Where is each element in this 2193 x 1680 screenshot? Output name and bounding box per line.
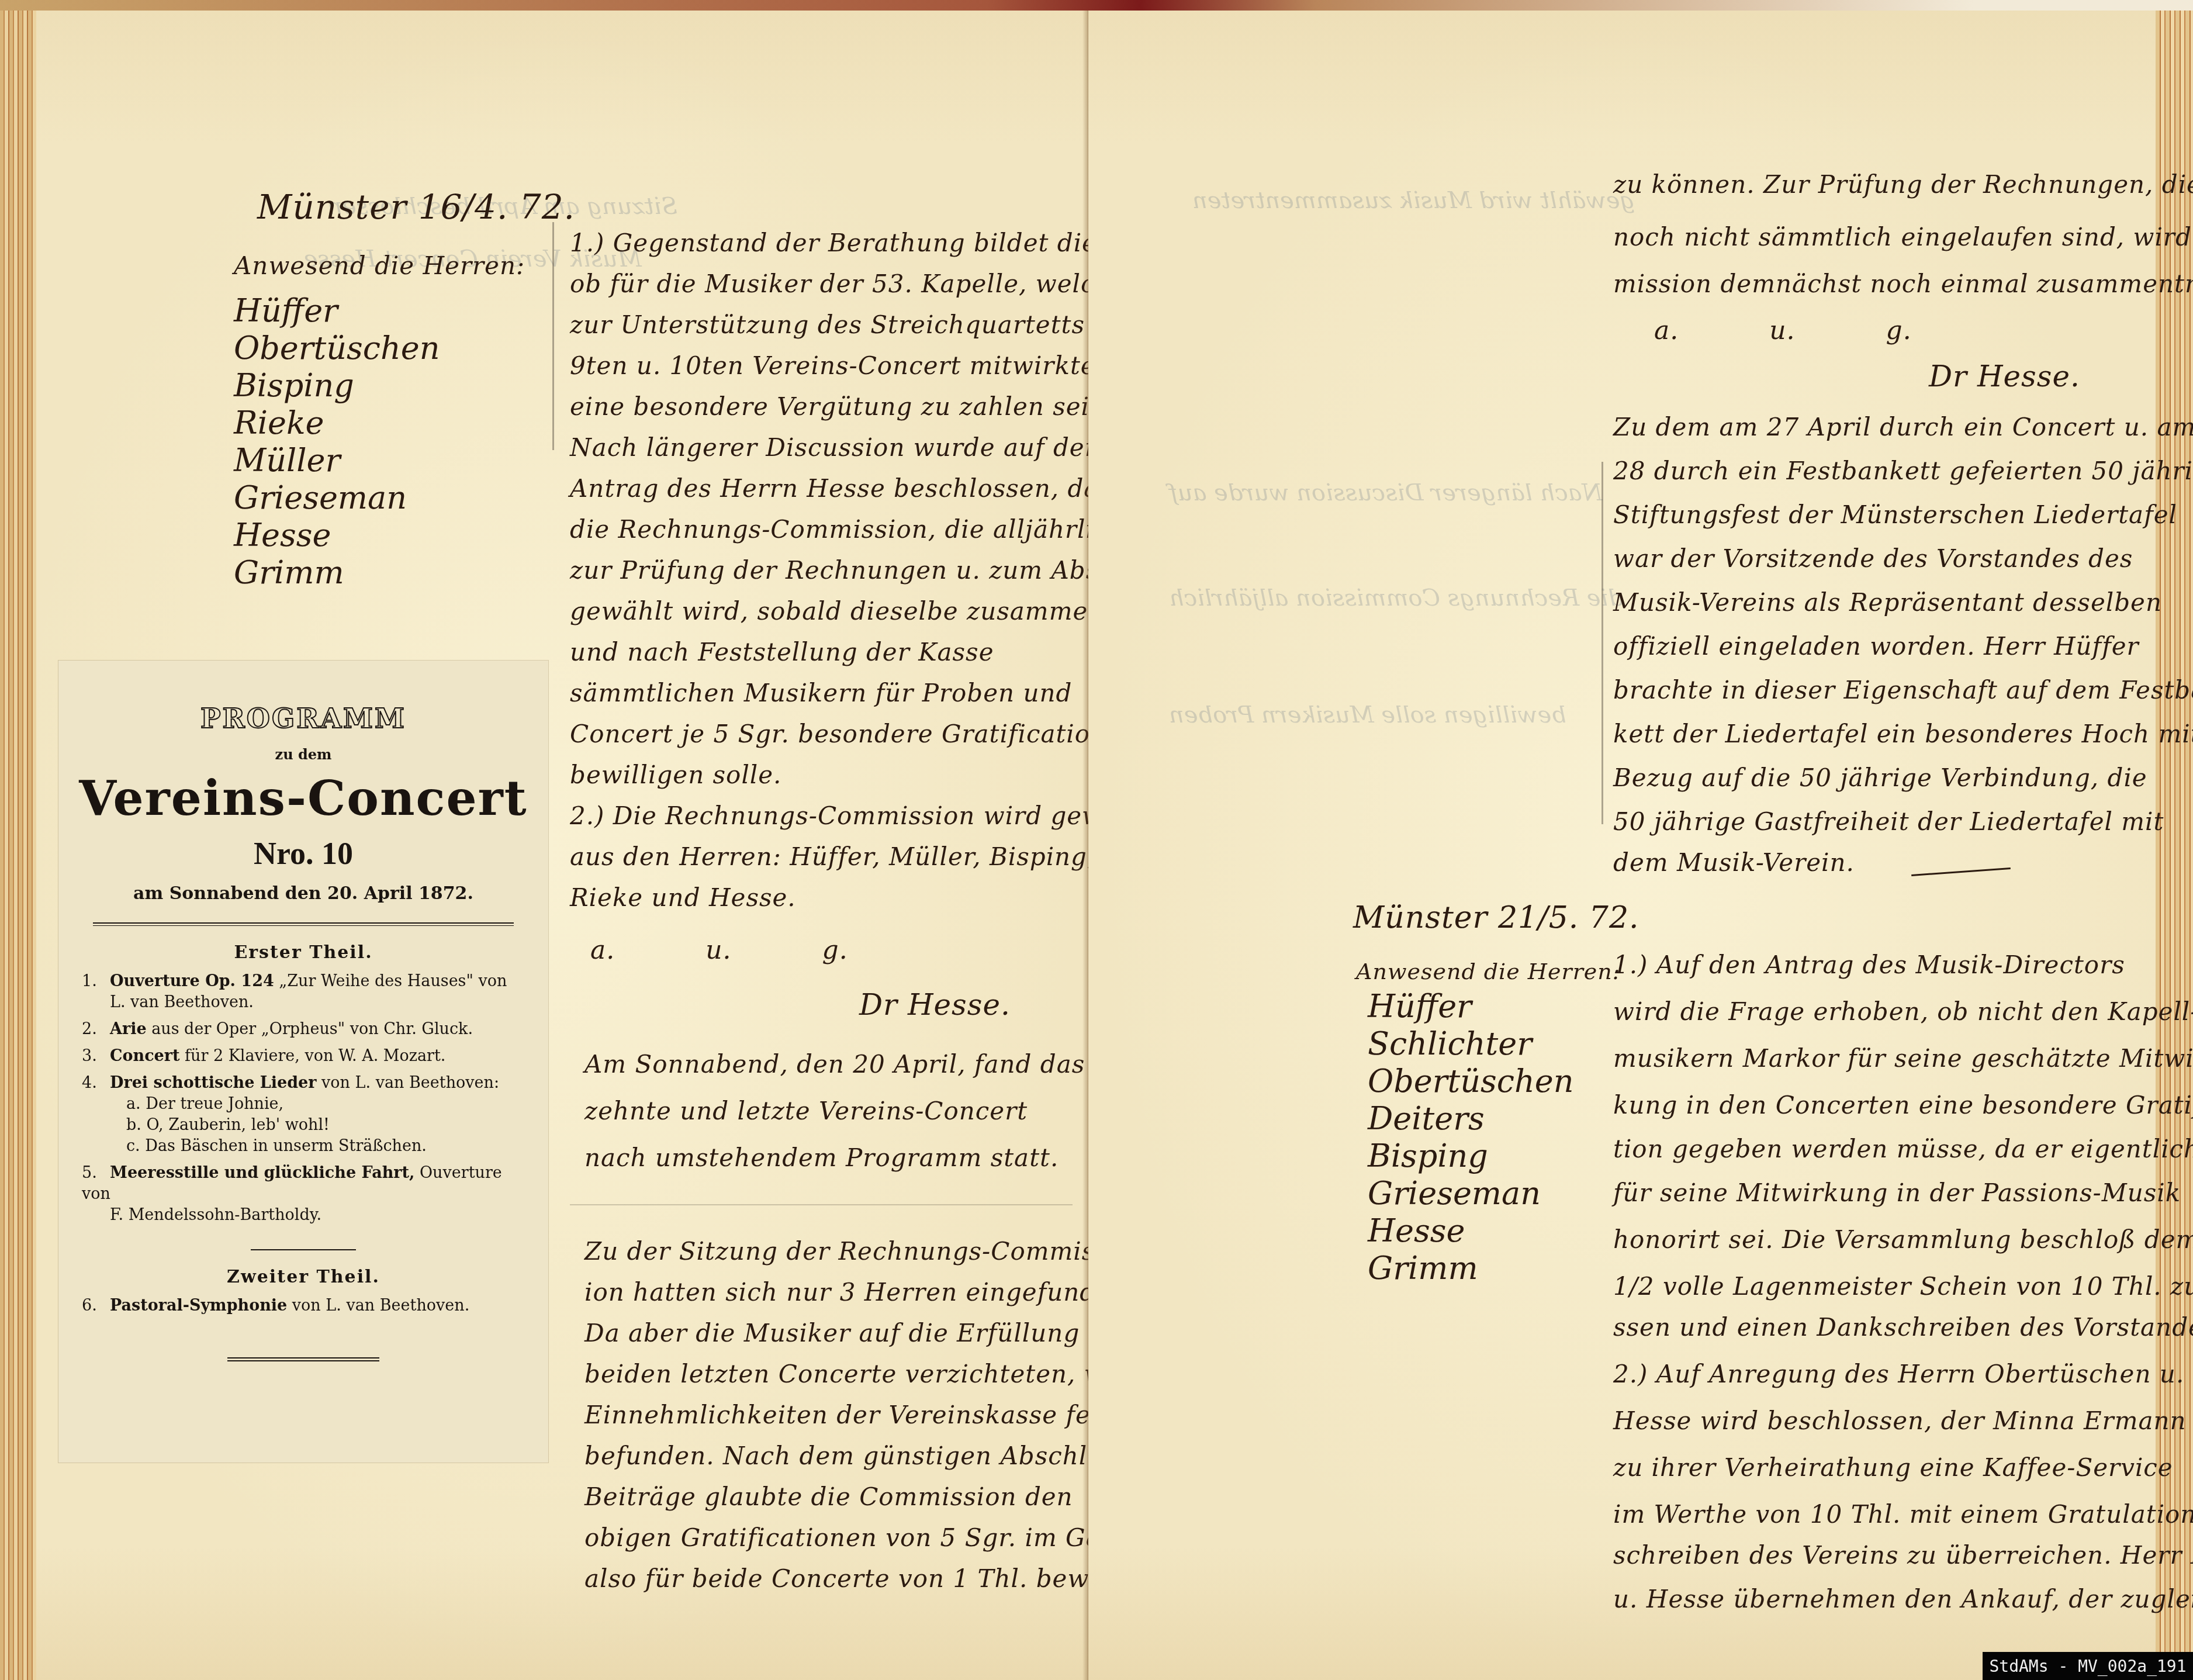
program-item: 5.Meeresstille und glückliche Fahrt, Ouv… <box>82 1163 525 1226</box>
minutes-line: 1/2 volle Lagenmeister Schein von 10 Thl… <box>1613 1274 2193 1299</box>
minutes-line: tion gegeben werden müsse, da er eigentl… <box>1613 1137 2193 1162</box>
item-number: 5. <box>82 1163 110 1184</box>
item-title: Concert <box>110 1047 179 1065</box>
program-double-rule <box>227 1357 379 1361</box>
note-line: ion hatten sich nur 3 Herren eingefunden… <box>584 1280 1136 1305</box>
bleed-through-text: Nach längerer Discussion wurde auf <box>1169 479 1603 506</box>
attendee: Obertüschen <box>234 330 440 367</box>
item-number: 2. <box>82 1019 110 1040</box>
item-detail: aus der Oper „Orpheus" von Chr. Gluck. <box>147 1020 473 1038</box>
minutes-line: aus den Herren: Hüffer, Müller, Bisping, <box>570 845 1095 869</box>
meeting-2-attendee-list: Hüffer Schlichter Obertüschen Deiters Bi… <box>1368 988 1574 1287</box>
attendee: Müller <box>234 442 440 479</box>
note-line: zehnte und letzte Vereins-Concert <box>584 1099 1028 1124</box>
minutes-line: Nach längerer Discussion wurde auf den <box>570 435 1101 460</box>
item-detail: von L. van Beethoven: <box>317 1074 500 1092</box>
item-number: 1. <box>82 971 110 992</box>
note-line: Am Sonnabend, den 20 April, fand das <box>584 1052 1085 1077</box>
note-line: zu können. Zur Prüfung der Rechnungen, d… <box>1613 172 2193 197</box>
minutes-line: Hesse wird beschlossen, der Minna Ermann <box>1613 1409 2187 1433</box>
attendee: Schlichter <box>1368 1025 1574 1063</box>
item-composer: L. van Beethoven. <box>82 992 525 1013</box>
note-line: Zu dem am 27 April durch ein Concert u. … <box>1613 415 2193 440</box>
minutes-line: Rieke und Hesse. <box>570 886 796 910</box>
note-line: Stiftungsfest der Münsterschen Liedertaf… <box>1613 503 2177 527</box>
item-title: Pastoral-Symphonie <box>110 1297 287 1315</box>
note-line: noch nicht sämmtlich eingelaufen sind, w… <box>1613 225 2193 250</box>
program-item: 6.Pastoral-Symphonie von L. van Beethove… <box>82 1295 525 1316</box>
attendee: Obertüschen <box>1368 1063 1574 1100</box>
item-detail: „Zur Weihe des Hauses" von <box>274 972 507 990</box>
pencil-margin-line <box>552 222 554 450</box>
program-rule <box>93 922 514 926</box>
program-item: 3.Concert für 2 Klaviere, von W. A. Moza… <box>82 1046 525 1067</box>
item-title: Meeresstille und glückliche Fahrt, <box>110 1164 414 1182</box>
meeting-1-present-label: Anwesend die Herren: <box>234 251 525 280</box>
minutes-line: kung in den Concerten eine besondere Gra… <box>1613 1093 2193 1118</box>
note-line: Da aber die Musiker auf die Erfüllung de… <box>584 1321 1132 1346</box>
minutes-line: ssen und einen Dankschreiben des Vorstan… <box>1613 1315 2193 1340</box>
minutes-line: und nach Feststellung der Kasse <box>570 640 994 665</box>
minutes-line: die Rechnungs-Commission, die alljährlic… <box>570 517 1125 542</box>
program-part-2-heading: Zweiter Theil. <box>58 1267 548 1287</box>
attendee: Hesse <box>234 517 440 554</box>
minutes-line: sämmtlichen Musikern für Proben und <box>570 681 1072 706</box>
minutes-line: musikern Markor für seine geschätzte Mit… <box>1613 1046 2193 1071</box>
song-item: b. O, Zauberin, leb' wohl! <box>82 1115 525 1136</box>
meeting-1-heading: Münster 16/4. 72. <box>257 187 575 227</box>
item-title: Drei schottische Lieder <box>110 1074 317 1092</box>
item-number: 6. <box>82 1295 110 1316</box>
attendee: Deiters <box>1368 1100 1574 1138</box>
minutes-line: 2.) Auf Anregung des Herrn Obertüschen u… <box>1613 1362 2184 1387</box>
program-part-1-heading: Erster Theil. <box>58 942 548 963</box>
item-title: Ouverture Op. 124 <box>110 972 274 990</box>
minutes-line: bewilligen solle. <box>570 763 781 787</box>
minutes-line: Concert je 5 Sgr. besondere Gratificatio… <box>570 722 1106 746</box>
program-part-1-list: 1.Ouverture Op. 124 „Zur Weihe des Hause… <box>58 971 548 1226</box>
minutes-line: wird die Frage erhoben, ob nicht den Kap… <box>1613 1000 2193 1024</box>
pencil-margin-line <box>1601 462 1603 824</box>
song-item: c. Das Bäschen in unserm Sträßchen. <box>82 1136 525 1157</box>
minutes-line: honorirt sei. Die Versammlung beschloß d… <box>1613 1228 2193 1252</box>
item-number: 3. <box>82 1046 110 1067</box>
note-line: Beiträge glaubte die Commission den <box>584 1485 1073 1509</box>
note-line: obigen Gratificationen von 5 Sgr. im Gan… <box>584 1526 1163 1550</box>
minutes-line: zu ihrer Verheirathung eine Kaffee-Servi… <box>1613 1456 2173 1480</box>
meeting-1-signoff: a. u. g. <box>590 935 848 965</box>
attendee: Grimm <box>1368 1250 1574 1287</box>
program-item: 4.Drei schottische Lieder von L. van Bee… <box>82 1073 525 1157</box>
meeting-2-present-label: Anwesend die Herren: <box>1356 959 1621 984</box>
minutes-line: 2.) Die Rechnungs-Commission wird gewähl… <box>570 804 1154 828</box>
attendee: Hüffer <box>1368 988 1574 1025</box>
note-line: mission demnächst noch einmal zusammentr… <box>1613 272 2193 296</box>
note-line: Musik-Vereins als Repräsentant desselben <box>1613 590 2162 615</box>
note-line: war der Vorsitzende des Vorstandes des <box>1613 547 2133 571</box>
meeting-1-attendee-list: Hüffer Obertüschen Bisping Rieke Müller … <box>234 292 440 592</box>
attendee: Rieke <box>234 405 440 442</box>
attendee: Bisping <box>1368 1138 1574 1175</box>
minutes-line: u. Hesse übernehmen den Ankauf, der zugl… <box>1613 1587 2193 1612</box>
bleed-through-text: bewilligen solle Musikern Proben <box>1169 701 1566 728</box>
minutes-line: 1.) Auf den Antrag des Musik-Directors <box>1613 953 2125 977</box>
page-edges-left <box>0 11 36 1680</box>
minutes-line: Antrag des Herrn Hesse beschlossen, daß <box>570 476 1116 501</box>
note-line: nach umstehendem Programm statt. <box>584 1146 1059 1170</box>
minutes-line: eine besondere Vergütung zu zahlen sei. <box>570 395 1098 419</box>
minutes-line: 9ten u. 10ten Vereins-Concert mitwirkten… <box>570 354 1120 378</box>
item-title: Arie <box>110 1020 147 1038</box>
meeting-2-heading: Münster 21/5. 72. <box>1353 900 1639 935</box>
attendee: Grieseman <box>234 479 440 517</box>
attendee: Hüffer <box>234 292 440 330</box>
minutes-line: ob für die Musiker der 53. Kapelle, welc… <box>570 272 1126 296</box>
attendee: Hesse <box>1368 1212 1574 1250</box>
minutes-line: schreiben des Vereins zu überreichen. He… <box>1613 1543 2193 1568</box>
song-item: a. Der treue Johnie, <box>82 1094 525 1115</box>
attendee: Grimm <box>234 554 440 592</box>
archive-label: StdAMs - MV_002a_191 <box>1983 1652 2193 1680</box>
minutes-line: zur Prüfung der Rechnungen u. zum Abschl… <box>570 558 1171 583</box>
minutes-line: für seine Mitwirkung in der Passions-Mus… <box>1613 1181 2181 1205</box>
item-number: 4. <box>82 1073 110 1094</box>
program-part-2-list: 6.Pastoral-Symphonie von L. van Beethove… <box>58 1295 548 1316</box>
section-divider <box>570 1204 1073 1205</box>
program-number: Nro. 10 <box>58 835 548 872</box>
note-line: 50 jährige Gastfreiheit der Liedertafel … <box>1613 810 2164 834</box>
program-item: 1.Ouverture Op. 124 „Zur Weihe des Hause… <box>82 971 525 1013</box>
program-date: am Sonnabend den 20. April 1872. <box>58 883 548 904</box>
program-item: 2.Arie aus der Oper „Orpheus" von Chr. G… <box>82 1019 525 1040</box>
minutes-line: im Werthe von 10 Thl. mit einem Gratulat… <box>1613 1502 2193 1527</box>
bleed-through-text: gewählt wird Musik zusammentreten <box>1192 187 1635 214</box>
item-composer: F. Mendelssohn-Bartholdy. <box>82 1205 525 1226</box>
attendee: Bisping <box>234 367 440 405</box>
item-detail: für 2 Klaviere, von W. A. Mozart. <box>179 1047 445 1065</box>
note-line: kett der Liedertafel ein besonderes Hoch… <box>1613 722 2193 746</box>
program-subtitle: zu dem <box>58 746 548 763</box>
note-line: dem Musik-Verein. <box>1613 851 1855 875</box>
note-line: brachte in dieser Eigenschaft auf dem Fe… <box>1613 678 2193 703</box>
right-signoff-1: a. u. g. <box>1654 316 1912 345</box>
program-short-rule <box>251 1249 356 1250</box>
bleed-through-text: die Rechnungs Commission alljährlich <box>1169 585 1623 611</box>
note-line: Bezug auf die 50 jährige Verbindung, die <box>1613 766 2147 790</box>
note-line: offiziell eingeladen worden. Herr Hüffer <box>1613 634 2139 659</box>
note-line: 28 durch ein Festbankett gefeierten 50 j… <box>1613 459 2193 483</box>
program-title: PROGRAMM <box>58 703 548 734</box>
right-signature-1: Dr Hesse. <box>1929 359 2080 393</box>
concert-program-clipping: PROGRAMM zu dem Vereins-Concert Nro. 10 … <box>58 661 548 1463</box>
item-detail: von L. van Beethoven. <box>287 1297 469 1315</box>
attendee: Grieseman <box>1368 1175 1574 1212</box>
note-line: Zu der Sitzung der Rechnungs-Commiss- <box>584 1239 1117 1264</box>
meeting-1-signature: Dr Hesse. <box>859 988 1011 1022</box>
program-event-name: Vereins-Concert <box>58 775 548 822</box>
